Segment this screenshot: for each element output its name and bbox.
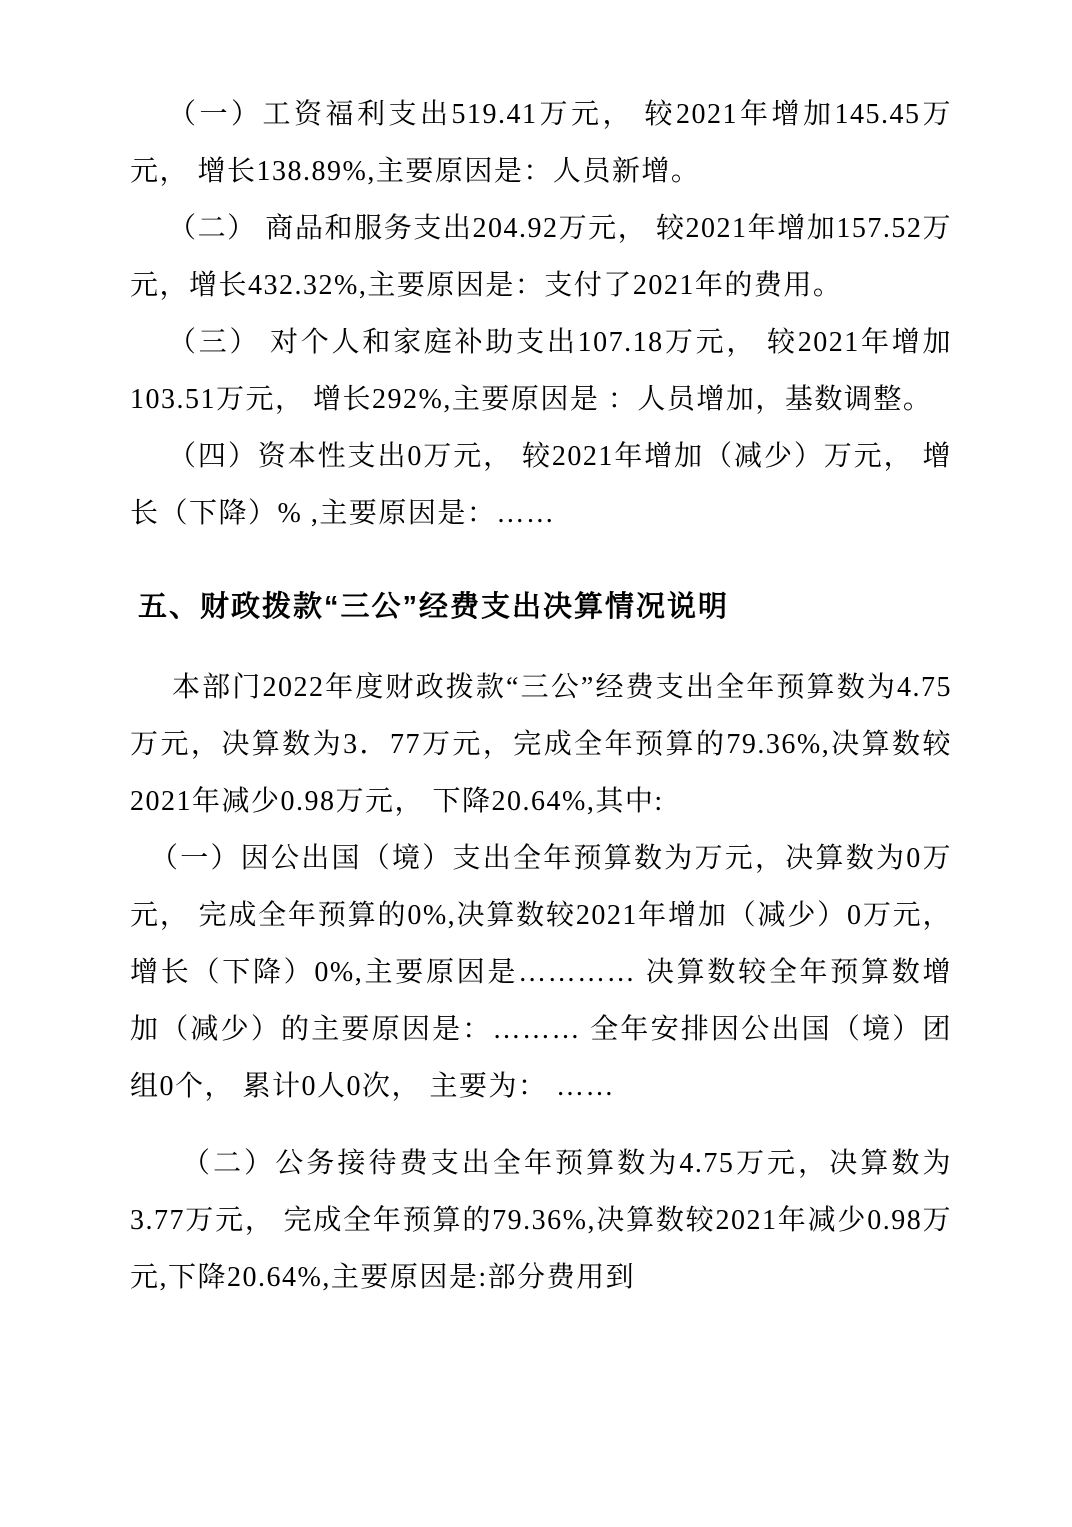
expenditure-item-wages: （一）工资福利支出519.41万元， 较2021年增加145.45万元， 增长1… [130,86,952,200]
document-page: （一）工资福利支出519.41万元， 较2021年增加145.45万元， 增长1… [0,0,1072,1527]
overseas-trips-paragraph: （一）因公出国（境）支出全年预算数为万元，决算数为0万元， 完成全年预算的0%,… [130,830,952,1115]
three-public-funds-section: 本部门2022年度财政拨款“三公”经费支出全年预算数为4.75万元，决算数为3．… [130,659,952,1306]
expenditure-analysis-section: （一）工资福利支出519.41万元， 较2021年增加145.45万元， 增长1… [130,86,952,542]
official-reception-paragraph: （二）公务接待费支出全年预算数为4.75万元，决算数为3.77万元， 完成全年预… [130,1135,952,1306]
expenditure-item-goods-services: （二） 商品和服务支出204.92万元， 较2021年增加157.52万元，增长… [130,200,952,314]
expenditure-item-capital: （四）资本性支出0万元， 较2021年增加（减少）万元， 增长（下降）% ,主要… [130,428,952,542]
section-five-heading: 五、财政拨款“三公”经费支出决算情况说明 [138,579,952,636]
expenditure-item-individual-family-subsidy: （三） 对个人和家庭补助支出107.18万元， 较2021年增加103.51万元… [130,314,952,428]
three-public-intro-paragraph: 本部门2022年度财政拨款“三公”经费支出全年预算数为4.75万元，决算数为3．… [130,659,952,830]
